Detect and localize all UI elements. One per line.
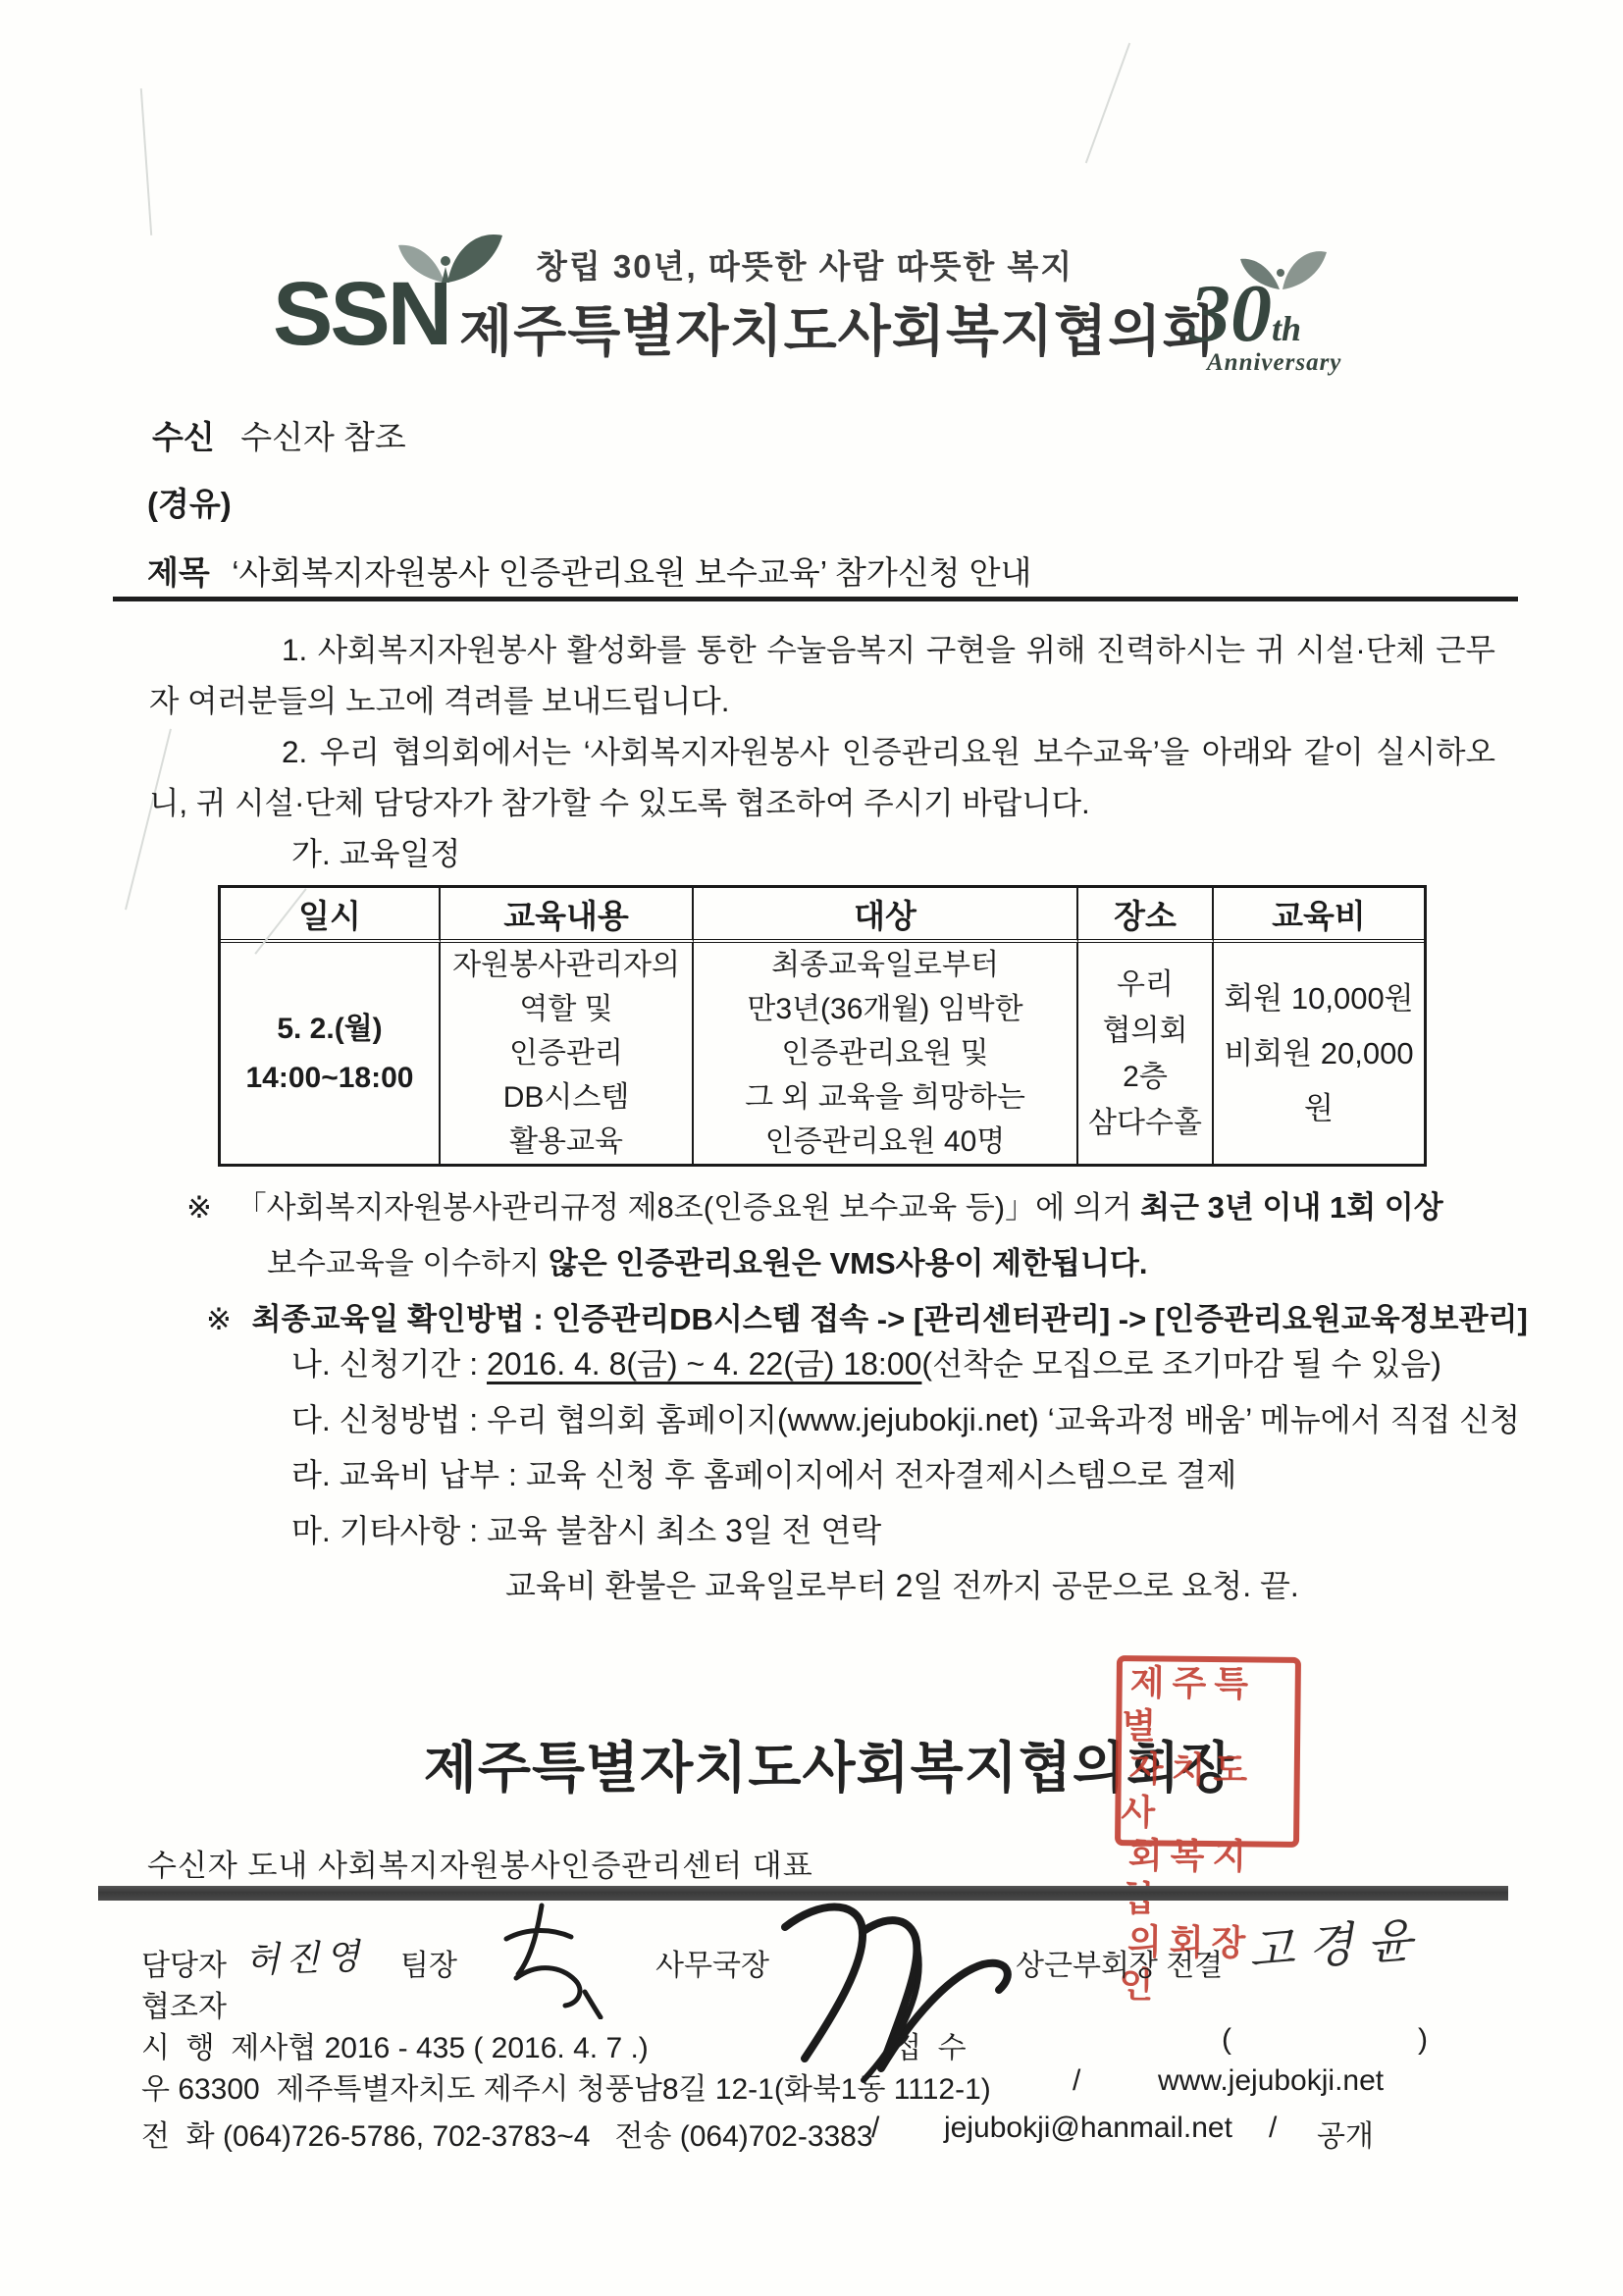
cell-datetime: 5. 2.(월) 14:00~18:00 <box>221 943 441 1164</box>
place-line: 2층 <box>1123 1054 1168 1100</box>
manager-label: 담당자 <box>141 1941 227 1984</box>
col-header-label: 교육내용 <box>503 891 629 937</box>
via-line: (경유) <box>147 479 232 525</box>
postal-address: 우 63300 제주특별자치도 제주시 청풍남8길 12-1(화북1동 1112… <box>141 2064 991 2108</box>
content-line: 인증관리 <box>509 1031 623 1075</box>
official-seal-stamp: 제주특별 자치도사 회복지협 의회장인 <box>1115 1655 1301 1848</box>
stamp-row: 자치도사 <box>1121 1748 1294 1836</box>
cell-target: 최종교육일로부터 만3년(36개월) 임박한 인증관리요원 및 그 외 교육을 … <box>694 943 1078 1164</box>
fee-line: 회원 10,000원 <box>1224 971 1413 1026</box>
email-slash: / <box>871 2112 879 2145</box>
note-1-text: 보수교육을 이수하지 <box>267 1246 549 1280</box>
datetime-line: 14:00~18:00 <box>246 1054 414 1103</box>
item-na-label: 나. 신청기간 : <box>291 1346 487 1382</box>
anniversary-word: Anniversary <box>1207 349 1341 377</box>
header-slogan: 창립 30년, 따뜻한 사람 따뜻한 복지 <box>536 241 1073 287</box>
disclosure-label: 공개 <box>1317 2112 1374 2155</box>
note-mark: ※ <box>186 1190 212 1225</box>
recipient-value: 수신자 참조 <box>240 419 406 455</box>
content-line: 역할 및 <box>519 987 612 1031</box>
col-header-place: 장소 <box>1078 888 1214 943</box>
content-line: 활용교육 <box>509 1120 623 1164</box>
anniversary-suffix: th <box>1272 309 1301 348</box>
note-2-bold: 최종교육일 확인방법 : 인증관리DB시스템 접속 -> [관리센터관리] ->… <box>252 1302 1528 1336</box>
note-1-line-1: ※ 「사회복지자원봉사관리규정 제8조(인증요원 보수교육 등)」에 의거 최근… <box>186 1179 1506 1235</box>
team-lead-signature <box>483 1902 620 2019</box>
recipient-label: 수신 <box>152 419 215 455</box>
cell-content: 자원봉사관리자의 역할 및 인증관리 DB시스템 활용교육 <box>441 943 694 1164</box>
team-lead-label: 팀장 <box>400 1941 457 1984</box>
note-1-bold: 최근 3년 이내 1회 이상 <box>1140 1190 1443 1225</box>
subject-label: 제목 <box>147 554 210 591</box>
subject-value: ‘사회복지자원봉사 인증관리요원 보수교육’ 참가신청 안내 <box>232 554 1031 591</box>
scan-artifact <box>140 88 152 235</box>
place-line: 삼다수홀 <box>1088 1100 1202 1146</box>
target-line: 인증관리요원 40명 <box>765 1120 1006 1164</box>
schedule-table: 일시 교육내용 대상 장소 교육비 5. 2.(월) 14:00~18:00 자… <box>218 885 1427 1167</box>
disclosure-slash: / <box>1269 2112 1277 2145</box>
note-1: ※ 「사회복지자원봉사관리규정 제8조(인증요원 보수교육 등)」에 의거 최근… <box>186 1179 1506 1291</box>
receipt-label: 접 수 <box>893 2023 967 2066</box>
item-na: 나. 신청기간 : 2016. 4. 8(금) ~ 4. 22(금) 18:00… <box>291 1336 1528 1392</box>
stamp-row: 회복지협 <box>1120 1834 1293 1922</box>
recipients-line: 수신자 도내 사회복지자원봉사인증관리센터 대표 <box>147 1841 813 1885</box>
vice-chair-signature-name: 고경윤 <box>1246 1902 1428 1981</box>
anniversary-logo: 30th Anniversary <box>1189 273 1341 377</box>
email-address: jejubokji@hanmail.net <box>944 2112 1232 2145</box>
note-mark: ※ <box>206 1302 232 1336</box>
cooperator-label: 협조자 <box>141 1982 227 2025</box>
anniversary-number: 30 <box>1189 268 1272 359</box>
ssn-leaf-icon <box>391 224 508 287</box>
place-line: 협의회 <box>1103 1008 1188 1054</box>
doc-number-line: 시 행 제사협 2016 - 435 ( 2016. 4. 7 .) <box>141 2023 649 2066</box>
note-1-bold: 않은 인증관리요원은 VMS사용이 제한됩니다. <box>549 1246 1148 1280</box>
target-line: 그 외 교육을 희망하는 <box>745 1075 1025 1120</box>
phone-fax-line: 전 화 (064)726-5786, 702-3783~4 전송 (064)70… <box>141 2112 873 2155</box>
col-header-label: 교육비 <box>1272 891 1366 937</box>
leaf-right <box>447 235 502 283</box>
header-org-name: 제주특별자치도사회복지협의회 <box>459 288 1216 367</box>
subject-line: 제목 ‘사회복지자원봉사 인증관리요원 보수교육’ 참가신청 안내 <box>147 548 1031 594</box>
leaf-left <box>398 245 445 283</box>
fee-line: 비회원 20,000원 <box>1214 1026 1424 1136</box>
col-header-label: 장소 <box>1114 891 1177 937</box>
content-line: DB시스템 <box>503 1075 630 1120</box>
item-ra: 라. 교육비 납부 : 교육 신청 후 홈페이지에서 전자결제시스템으로 결제 <box>291 1447 1528 1503</box>
paragraph-1: 1. 사회복지자원봉사 활성화를 통한 수눌음복지 구현을 위해 진력하시는 귀… <box>149 624 1495 726</box>
note-1-line-2: 보수교육을 이수하지 않은 인증관리요원은 VMS사용이 제한됩니다. <box>267 1235 1506 1291</box>
issuer-title: 제주특별자치도사회복지협의회장 <box>0 1725 1623 1803</box>
item-na-period: 2016. 4. 8(금) ~ 4. 22(금) 18:00 <box>487 1346 921 1382</box>
leaf-figure-head <box>441 256 450 266</box>
header-divider <box>113 597 1518 601</box>
col-header-fee: 교육비 <box>1214 888 1424 943</box>
recipient-line: 수신 수신자 참조 <box>152 412 406 458</box>
manager-signature-name: 허진영 <box>244 1929 366 1983</box>
col-header-label: 대상 <box>854 891 916 937</box>
target-line: 최종교육일로부터 <box>771 943 999 987</box>
col-header-target: 대상 <box>694 888 1078 943</box>
target-line: 인증관리요원 및 <box>781 1031 988 1075</box>
item-list: 나. 신청기간 : 2016. 4. 8(금) ~ 4. 22(금) 18:00… <box>291 1336 1528 1614</box>
item-ma-continued: 교육비 환불은 교육일로부터 2일 전까지 공문으로 요청. 끝. <box>505 1558 1528 1614</box>
col-header-datetime: 일시 <box>221 888 441 943</box>
datetime-line: 5. 2.(월) <box>277 1005 382 1054</box>
place-line: 우리 <box>1117 962 1174 1008</box>
schedule-heading: 가. 교육일정 <box>291 829 460 874</box>
target-line: 만3년(36개월) 임박한 <box>747 987 1022 1031</box>
vice-chair-label: 상근부회장 전결 <box>1016 1941 1223 1984</box>
address-slash: / <box>1073 2064 1080 2098</box>
leaf-figure-body <box>442 267 449 283</box>
receipt-paren-open: ( <box>1222 2023 1231 2057</box>
website-url: www.jejubokji.net <box>1158 2064 1384 2098</box>
col-header-label: 일시 <box>298 891 361 937</box>
col-header-content: 교육내용 <box>441 888 694 943</box>
stamp-row: 제주특별 <box>1122 1661 1295 1749</box>
secretary-general-signature <box>738 1894 1042 2085</box>
cell-place: 우리 협의회 2층 삼다수홀 <box>1078 943 1214 1164</box>
item-na-rest: (선착순 모집으로 조기마감 될 수 있음) <box>921 1346 1440 1382</box>
note-1-text: 「사회복지자원봉사관리규정 제8조(인증요원 보수교육 등)」에 의거 <box>236 1190 1141 1225</box>
paragraph-2: 2. 우리 협의회에서는 ‘사회복지자원봉사 인증관리요원 보수교육’을 아래와… <box>149 726 1495 828</box>
content-line: 자원봉사관리자의 <box>452 943 680 987</box>
item-da: 다. 신청방법 : 우리 협의회 홈페이지(www.jejubokji.net)… <box>291 1392 1528 1448</box>
body-paragraphs: 1. 사회복지자원봉사 활성화를 통한 수눌음복지 구현을 위해 진력하시는 귀… <box>149 624 1495 828</box>
receipt-paren-close: ) <box>1418 2023 1428 2057</box>
scan-artifact <box>1085 43 1130 164</box>
cell-fee: 회원 10,000원 비회원 20,000원 <box>1214 943 1424 1164</box>
scanned-official-document: SSN 창립 30년, 따뜻한 사람 따뜻한 복지 제주특별자치도사회복지협의회… <box>0 0 1623 2296</box>
item-ma: 마. 기타사항 : 교육 불참시 최소 3일 전 연락 <box>291 1503 1528 1559</box>
